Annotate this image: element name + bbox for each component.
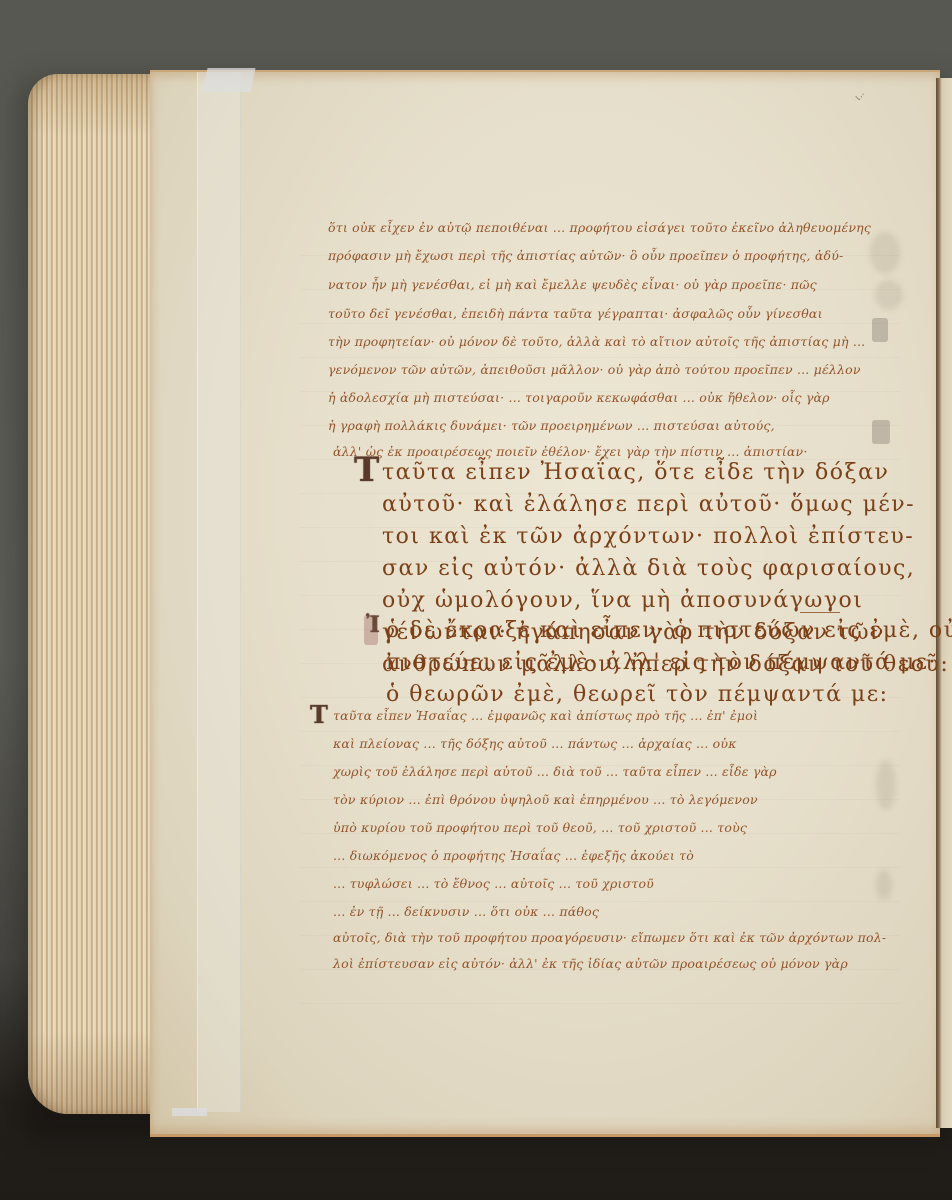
lemma-line: αὐτοῦ· καὶ ἐλάλησε περὶ αὐτοῦ· ὅμως μέν- <box>382 492 915 517</box>
commentary-line: καὶ πλείονας ... τῆς δόξης αὐτοῦ ... πάν… <box>333 736 737 751</box>
commentary-line: ... διωκόμενος ὁ προφήτης Ἠσαΐας ... ἐφε… <box>333 848 694 863</box>
lemma-line: ταῦτα εἶπεν Ἠσαΐας, ὅτε εἶδε τὴν δόξαν <box>382 460 889 485</box>
commentary-line: λοὶ ἐπίστευσαν εἰς αὐτόν· ἀλλ' ἐκ τῆς ἰδ… <box>333 956 848 971</box>
commentary-line: χωρὶς τοῦ ἐλάλησε περὶ αὐτοῦ ... διὰ τοῦ… <box>333 764 777 779</box>
commentary-line: ταῦτα εἶπεν Ἠσαΐας ... ἐμφανῶς καὶ ἀπίστ… <box>333 708 758 723</box>
commentary-line: τὴν προφητείαν· οὐ μόνον δὲ τοῦτο, ἀλλὰ … <box>328 334 865 349</box>
commentary-line: πρόφασιν μὴ ἔχωσι περὶ τῆς ἀπιστίας αὐτῶ… <box>328 248 843 263</box>
manuscript-photograph: ι.. ὅτι οὐκ εἶχεν ἐν αὐτῷ πεποιθέναι ...… <box>0 0 952 1200</box>
lemma-line: οὐχ ὡμολόγουν, ἵνα μὴ ἀποσυνάγωγοι <box>382 588 863 613</box>
lemma-line: ὁ δὲ ἔκραξε καὶ εἶπεν· ὁ πιστεύων εἰς ἐμ… <box>386 618 952 643</box>
commentary-line: ὑπὸ κυρίου τοῦ προφήτου περὶ τοῦ θεοῦ, .… <box>333 820 747 835</box>
lemma-line: τοι καὶ ἐκ τῶν ἀρχόντων· πολλοὶ ἐπίστευ- <box>382 524 914 549</box>
commentary-line: ἡ γραφὴ πολλάκις δυνάμει· τῶν προειρημέν… <box>328 418 775 433</box>
commentary-line: αὐτοῖς, διὰ τὴν τοῦ προφήτου προαγόρευσι… <box>333 930 886 945</box>
rubricated-initial: Ἰ <box>366 612 380 638</box>
commentary-line: ... τυφλώσει ... τὸ ἔθνος ... αὐτοῖς ...… <box>333 876 654 891</box>
section-end-stroke <box>800 612 840 613</box>
lemma-line: πιστεύει εἰς ἐμὲ· ἀλλ' εἰς τὸν πέμψαντά … <box>386 650 937 675</box>
commentary-line: τὸν κύριον ... ἐπὶ θρόνου ὑψηλοῦ καὶ ἐπη… <box>333 792 758 807</box>
commentary-line: ὅτι οὐκ εἶχεν ἐν αὐτῷ πεποιθέναι ... προ… <box>328 220 871 235</box>
text-block: ὅτι οὐκ εἶχεν ἐν αὐτῷ πεποιθέναι ... προ… <box>0 0 952 1200</box>
commentary-line: ἡ ἀδολεσχία μὴ πιστεύσαι· ... τοιγαροῦν … <box>328 390 830 405</box>
decorated-initial-tau: Τ <box>310 700 328 729</box>
lemma-line: ὁ θεωρῶν ἐμὲ, θεωρεῖ τὸν πέμψαντά με: <box>386 682 889 707</box>
commentary-line: νατον ἦν μὴ γενέσθαι, εἰ μὴ καὶ ἔμελλε ψ… <box>328 277 817 292</box>
decorated-initial-tau: Τ <box>354 450 379 490</box>
commentary-line: ... ἐν τῇ ... δείκνυσιν ... ὅτι οὐκ ... … <box>333 904 599 919</box>
commentary-line: τοῦτο δεῖ γενέσθαι, ἐπειδὴ πάντα ταῦτα γ… <box>328 306 823 321</box>
lemma-line: σαν εἰς αὐτόν· ἀλλὰ διὰ τοὺς φαρισαίους, <box>382 556 915 581</box>
commentary-line: γενόμενον τῶν αὐτῶν, ἀπειθοῦσι μᾶλλον· ο… <box>328 362 861 377</box>
commentary-line: ἀλλ' ὡς ἐκ προαιρέσεως ποιεῖν ἐθέλον· ἔχ… <box>333 444 808 459</box>
